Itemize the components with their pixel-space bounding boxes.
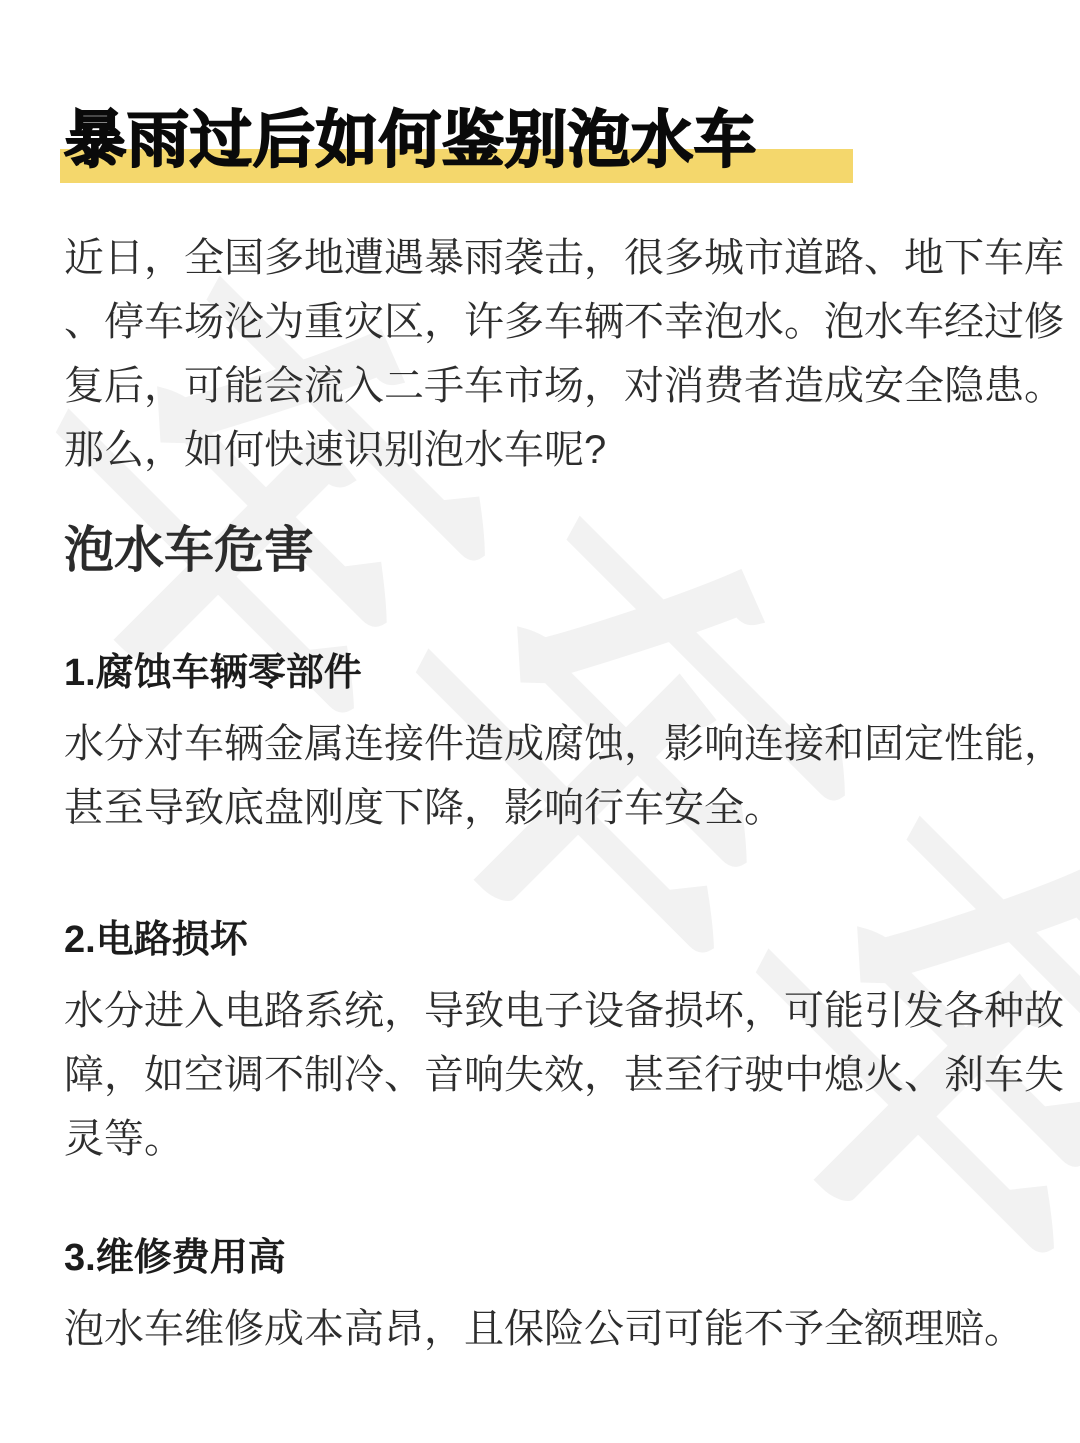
item-body-line: 泡水车维修成本高昂，且保险公司可能不予全额理赔。 xyxy=(64,1297,1024,1361)
item-body-line: 灵等。 xyxy=(64,1107,1064,1171)
item-body: 水分进入电路系统，导致电子设备损坏，可能引发各种故 障，如空调不制冷、音响失效，… xyxy=(64,979,1064,1171)
item-body: 泡水车维修成本高昂，且保险公司可能不予全额理赔。 xyxy=(64,1297,1024,1361)
item-body-line: 水分对车辆金属连接件造成腐蚀，影响连接和固定性能， xyxy=(64,712,1064,776)
intro-paragraph: 近日，全国多地遭遇暴雨袭击，很多城市道路、地下车库 、停车场沦为重灾区，许多车辆… xyxy=(64,226,1064,482)
item-body-line: 水分进入电路系统，导致电子设备损坏，可能引发各种故 xyxy=(64,979,1064,1043)
intro-line: 近日，全国多地遭遇暴雨袭击，很多城市道路、地下车库 xyxy=(64,226,1064,290)
item-body-line: 障，如空调不制冷、音响失效，甚至行驶中熄火、刹车失 xyxy=(64,1043,1064,1107)
item-body: 水分对车辆金属连接件造成腐蚀，影响连接和固定性能， 甚至导致底盘刚度下降，影响行… xyxy=(64,712,1064,840)
section-heading: 泡水车危害 xyxy=(64,520,314,580)
intro-line: 、停车场沦为重灾区，许多车辆不幸泡水。泡水车经过修 xyxy=(64,290,1064,354)
item-heading: 3.维修费用高 xyxy=(64,1228,1024,1288)
hazard-item-circuit-damage: 2.电路损坏 水分进入电路系统，导致电子设备损坏，可能引发各种故 障，如空调不制… xyxy=(64,910,1064,1171)
intro-line: 那么，如何快速识别泡水车呢? xyxy=(64,418,1064,482)
article-page: 车 车 车 暴雨过后如何鉴别泡水车 近日，全国多地遭遇暴雨袭击，很多城市道路、地… xyxy=(0,0,1080,1443)
hazard-item-repair-cost: 3.维修费用高 泡水车维修成本高昂，且保险公司可能不予全额理赔。 xyxy=(64,1228,1024,1361)
page-title: 暴雨过后如何鉴别泡水车 xyxy=(64,104,964,178)
item-heading: 2.电路损坏 xyxy=(64,910,1064,970)
hazard-item-corrosion: 1.腐蚀车辆零部件 水分对车辆金属连接件造成腐蚀，影响连接和固定性能， 甚至导致… xyxy=(64,643,1064,840)
intro-line: 复后，可能会流入二手车市场，对消费者造成安全隐患。 xyxy=(64,354,1064,418)
item-body-line: 甚至导致底盘刚度下降，影响行车安全。 xyxy=(64,776,1064,840)
item-heading: 1.腐蚀车辆零部件 xyxy=(64,643,1064,703)
